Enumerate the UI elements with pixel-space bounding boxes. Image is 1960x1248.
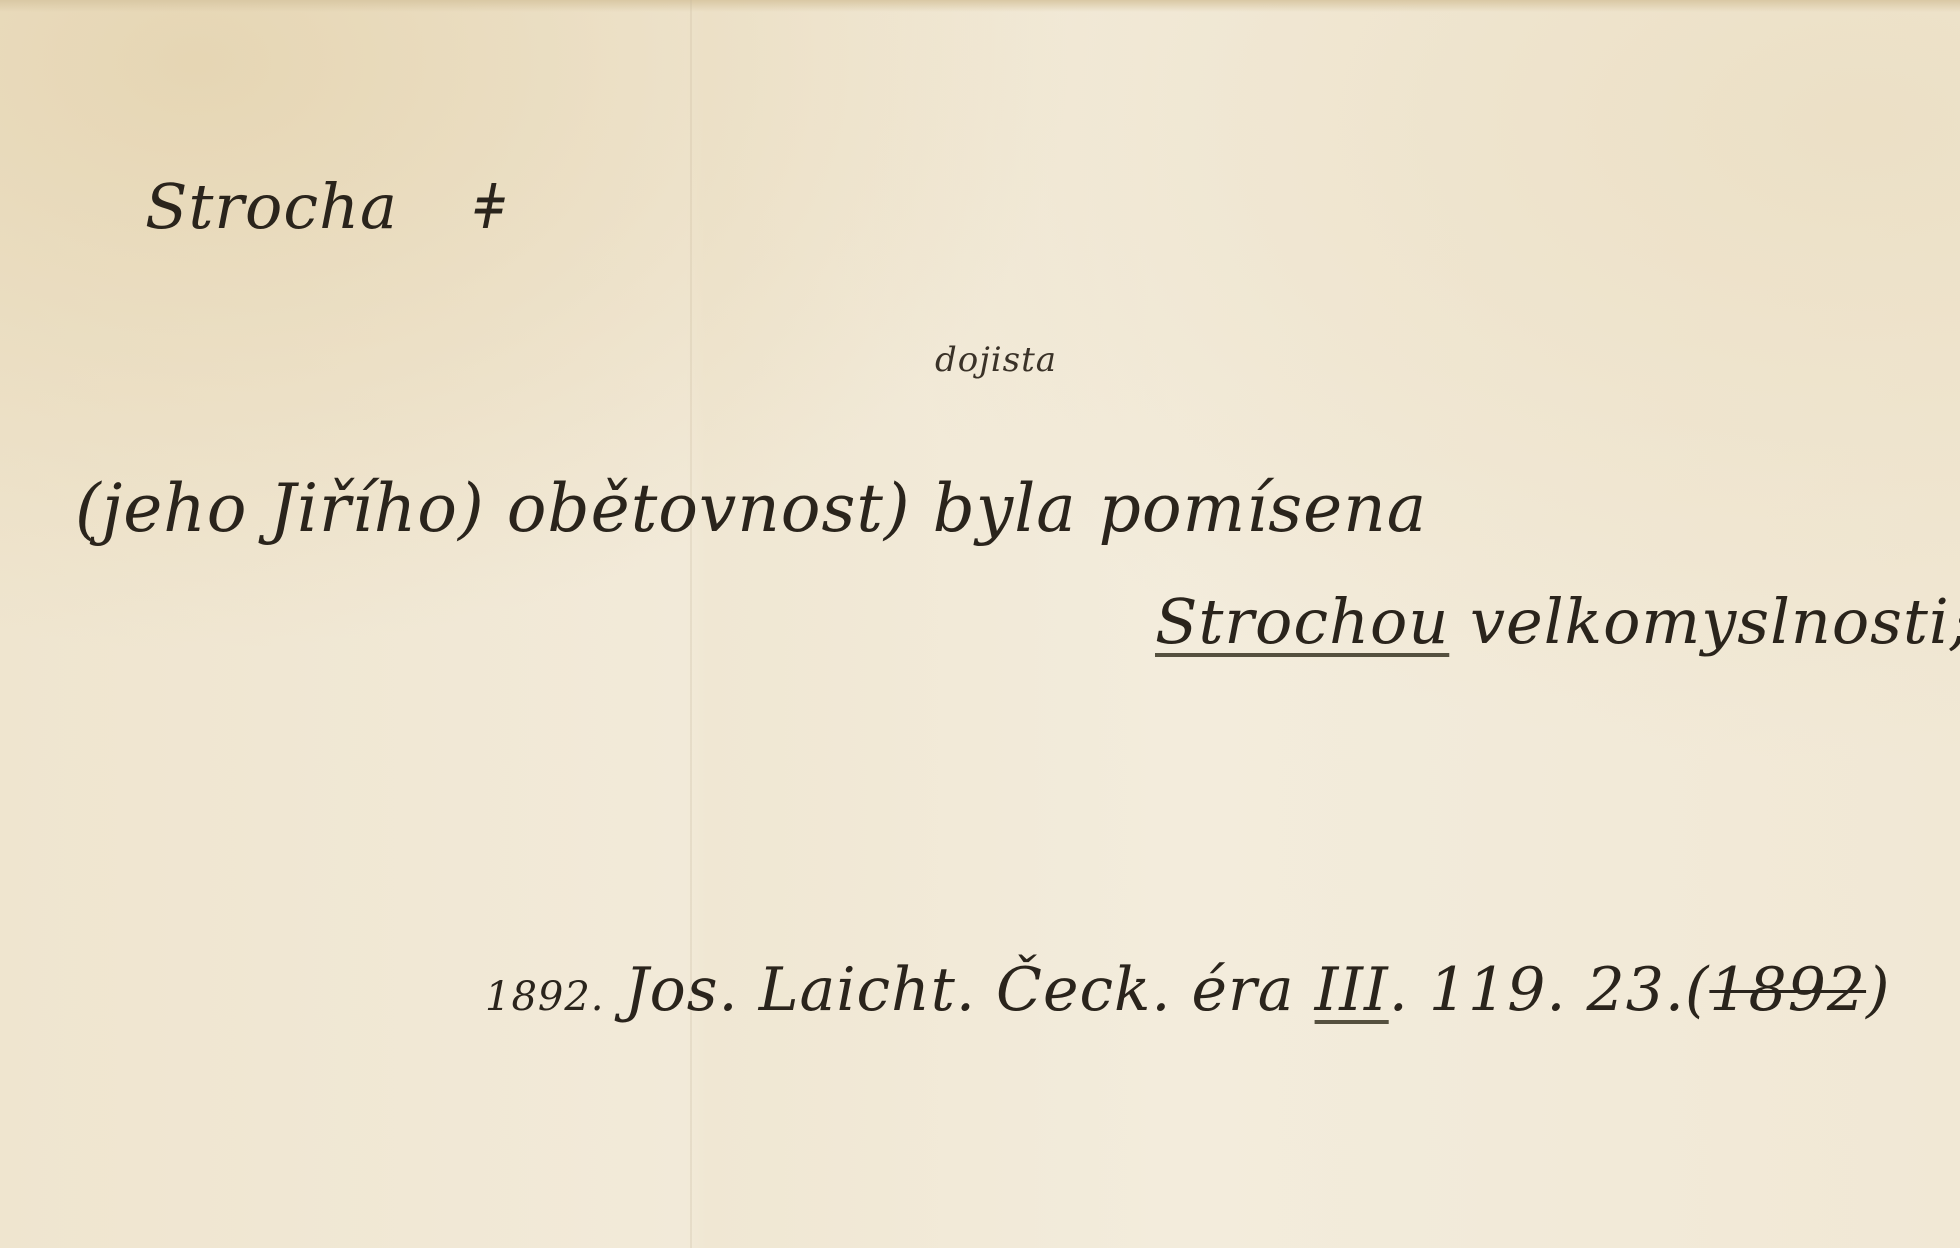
dagger-mark: ǂ bbox=[475, 170, 504, 243]
underlined-headword: Strochou bbox=[1155, 585, 1449, 658]
paper-fold-line bbox=[690, 0, 692, 1248]
paren-close: ) bbox=[1866, 955, 1890, 1025]
citation-year: 1892. bbox=[485, 974, 605, 1020]
card-top-edge bbox=[0, 0, 1960, 12]
paren-open: ( bbox=[1685, 955, 1709, 1025]
sentence-line-2-rest: velkomyslnosti; bbox=[1470, 585, 1960, 658]
sentence-part-1: (jeho Jiřího) obětovnost) bbox=[75, 470, 911, 547]
struck-year: 1892 bbox=[1709, 955, 1866, 1025]
sentence-line-2: Strochou velkomyslnosti; bbox=[1155, 585, 1960, 658]
citation-line-number: 23. bbox=[1587, 955, 1685, 1025]
citation-volume: III bbox=[1315, 955, 1389, 1025]
citation-work: Čeck. éra bbox=[996, 955, 1294, 1025]
citation-author: Jos. Laicht. bbox=[625, 955, 976, 1025]
heading-word: Strocha bbox=[145, 170, 398, 243]
citation-page: . 119. bbox=[1389, 955, 1567, 1025]
sentence-part-2: byla pomísena bbox=[933, 470, 1427, 547]
archival-card: Strocha ǂ dojista (jeho Jiřího) obětovno… bbox=[0, 0, 1960, 1248]
inserted-word: dojista bbox=[935, 340, 1057, 380]
citation-line: 1892. Jos. Laicht. Čeck. éra III. 119. 2… bbox=[485, 955, 1891, 1025]
heading-entry: Strocha ǂ bbox=[145, 170, 505, 243]
sentence-line-1: (jeho Jiřího) obětovnost) byla pomísena bbox=[75, 470, 1427, 547]
